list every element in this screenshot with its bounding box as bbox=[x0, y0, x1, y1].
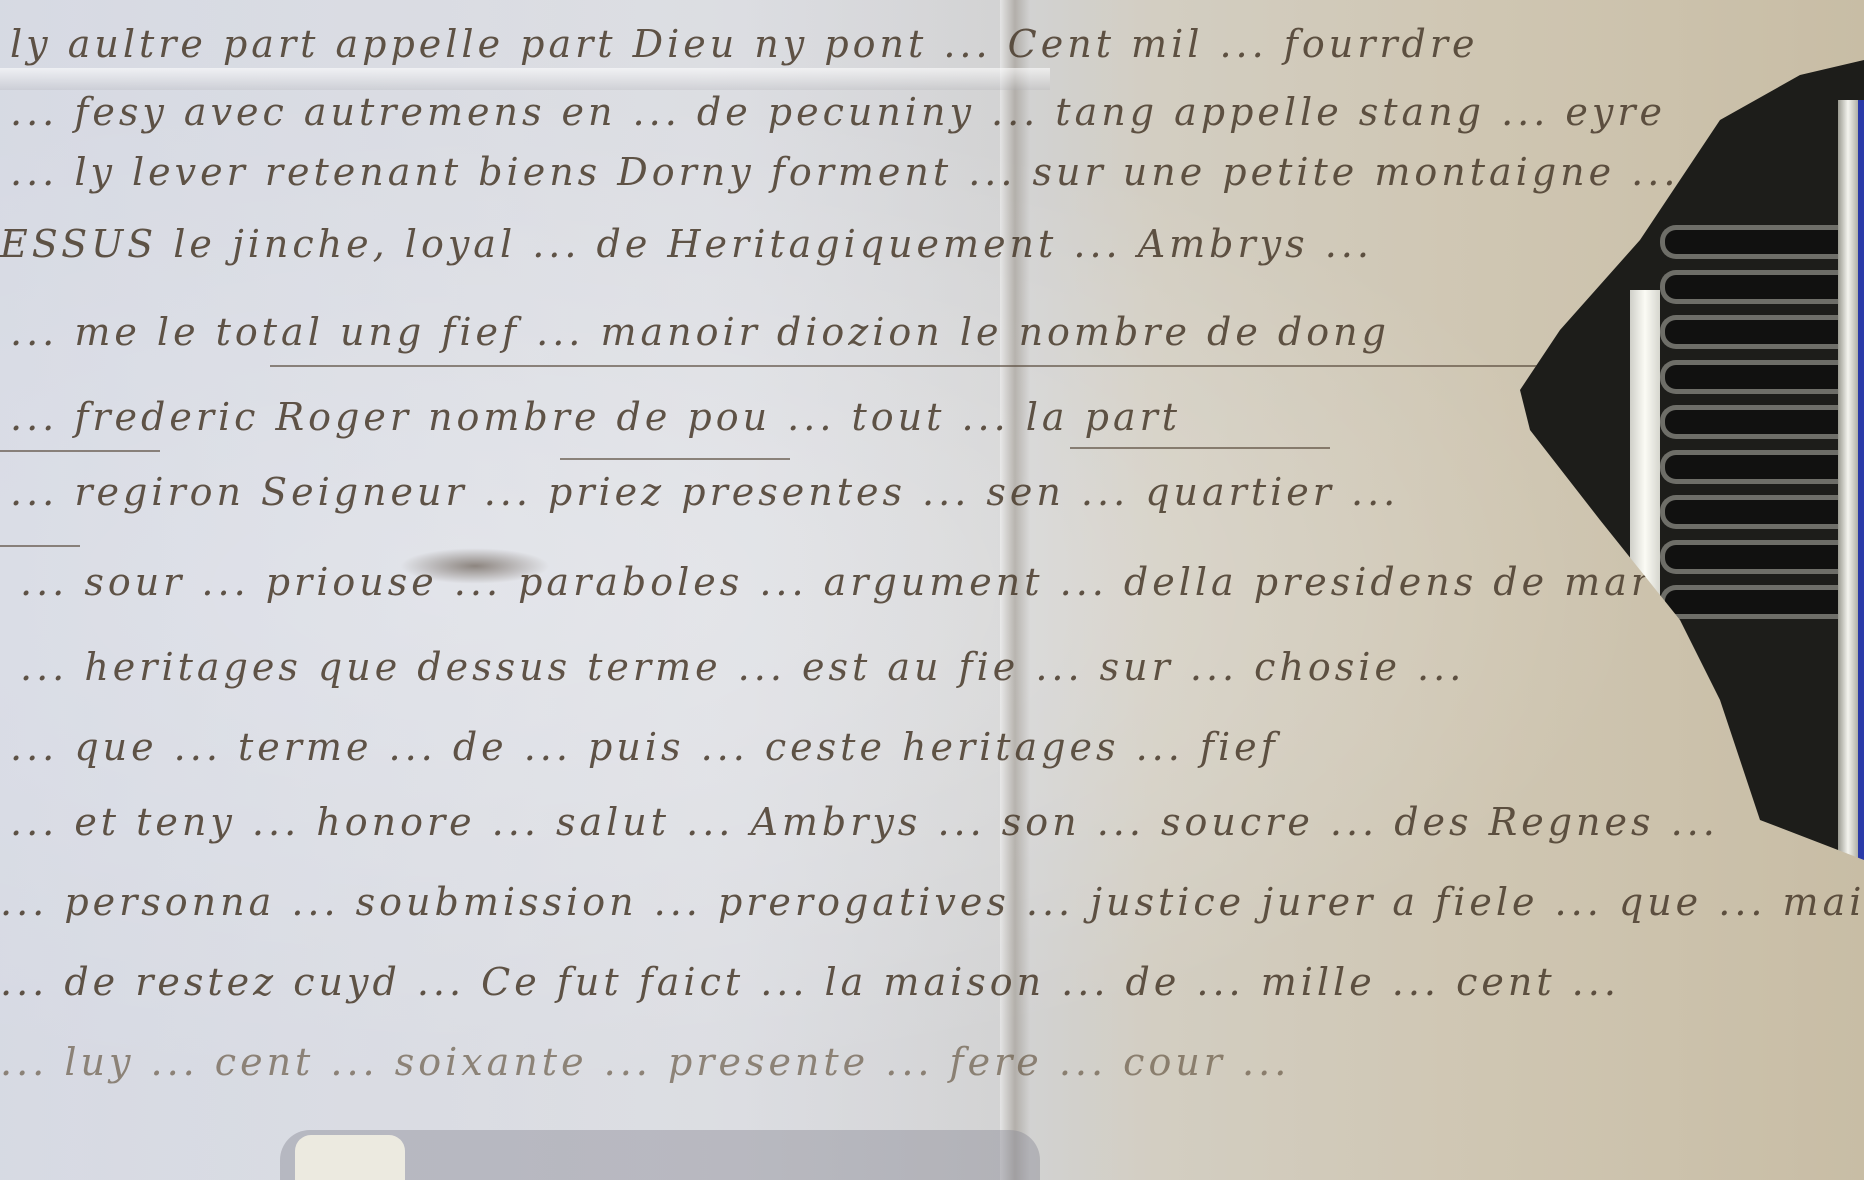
radiator-fin bbox=[1660, 225, 1850, 259]
radiator-fin bbox=[1660, 405, 1850, 439]
underline-rule bbox=[270, 365, 1570, 367]
text-line: ... sour ... priouse ... paraboles ... a… bbox=[20, 560, 1717, 604]
text-line: ... et teny ... honore ... salut ... Amb… bbox=[10, 800, 1719, 844]
text-line: ... frederic Roger nombre de pou ... tou… bbox=[10, 395, 1181, 439]
white-pipe bbox=[1838, 100, 1858, 860]
text-line: ... heritages que dessus terme ... est a… bbox=[20, 645, 1465, 689]
seal-tie bbox=[295, 1135, 405, 1180]
text-line: ... luy ... cent ... soixante ... presen… bbox=[0, 1040, 1290, 1084]
text-line: ... que ... terme ... de ... puis ... ce… bbox=[10, 725, 1279, 769]
text-line: ... me le total ung fief ... manoir dioz… bbox=[10, 310, 1390, 354]
underline-rule bbox=[0, 450, 160, 452]
radiator-fin bbox=[1660, 450, 1850, 484]
radiator-fin bbox=[1660, 360, 1850, 394]
underline-rule bbox=[0, 545, 80, 547]
text-line: ESSUS le jinche, loyal ... de Heritagiqu… bbox=[0, 222, 1373, 266]
underline-rule bbox=[560, 458, 790, 460]
text-line: ... regiron Seigneur ... priez presentes… bbox=[10, 470, 1399, 514]
text-line: ly aultre part appelle part Dieu ny pont… bbox=[10, 22, 1479, 66]
radiator-fin bbox=[1660, 270, 1850, 304]
text-line: ... de restez cuyd ... Ce fut faict ... … bbox=[0, 960, 1620, 1004]
radiator-fin bbox=[1660, 495, 1850, 529]
text-line: ... fesy avec autremens en ... de pecuni… bbox=[10, 90, 1666, 134]
radiator-fin bbox=[1660, 315, 1850, 349]
blue-edge bbox=[1858, 100, 1864, 860]
parchment-sheet: ly aultre part appelle part Dieu ny pont… bbox=[0, 0, 1864, 1180]
radiator-fin bbox=[1660, 540, 1850, 574]
text-line: ... personna ... soubmission ... preroga… bbox=[0, 880, 1864, 924]
parchment-crease bbox=[0, 68, 1050, 90]
radiator-fin bbox=[1660, 585, 1850, 619]
text-line: ... ly lever retenant biens Dorny formen… bbox=[10, 150, 1679, 194]
underline-rule bbox=[1070, 447, 1330, 449]
manuscript-photo: ly aultre part appelle part Dieu ny pont… bbox=[0, 0, 1864, 1180]
